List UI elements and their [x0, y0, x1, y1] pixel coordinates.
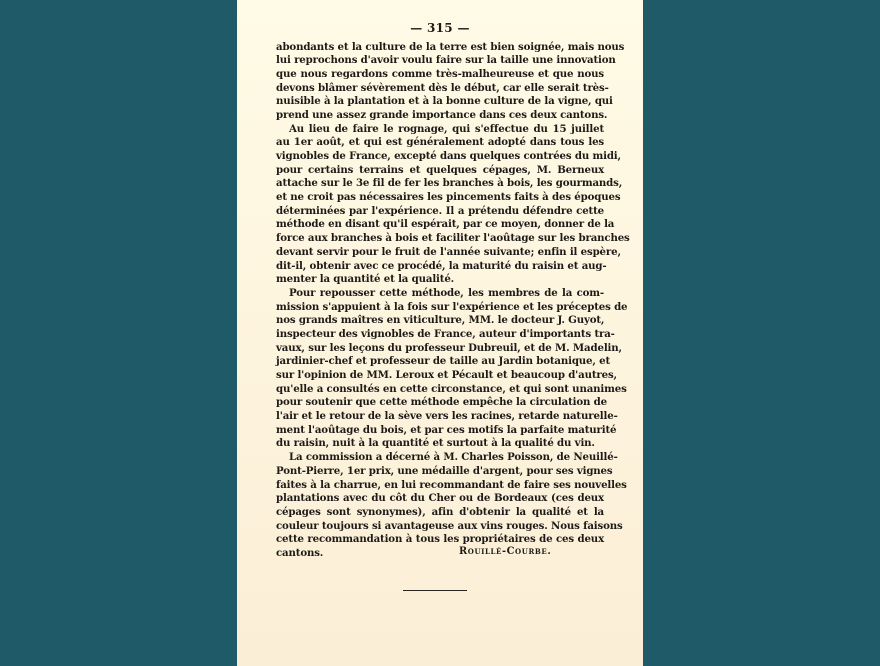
- text-line: vaux, sur les leçons du professeur Dubre…: [276, 342, 604, 356]
- text-line: force aux branches à bois et faciliter l…: [276, 232, 604, 246]
- text-line: Pont-Pierre, 1er prix, une médaille d'ar…: [276, 465, 604, 479]
- text-line: inspecteur des vignobles de France, aute…: [276, 328, 604, 342]
- body-text: abondants et la culture de la terre est …: [276, 41, 604, 561]
- text-line: Au lieu de faire le rognage, qui s'effec…: [276, 123, 604, 137]
- text-line: cépages sont synonymes), afin d'obtenir …: [276, 506, 604, 520]
- text-line: attache sur le 3e fil de fer les branche…: [276, 177, 604, 191]
- text-line: pour soutenir que cette méthode empêche …: [276, 396, 604, 410]
- text-line: plantations avec du côt du Cher ou de Bo…: [276, 492, 604, 506]
- text-line: cette recommandation à tous les propriét…: [276, 533, 604, 547]
- scanned-page: — 315 — abondants et la culture de la te…: [237, 0, 643, 666]
- text-line: prend une assez grande importance dans c…: [276, 109, 604, 123]
- text-line: lui reprochons d'avoir voulu faire sur l…: [276, 54, 604, 68]
- text-line: Pour repousser cette méthode, les membre…: [276, 287, 604, 301]
- text-line: dit-il, obtenir avec ce procédé, la matu…: [276, 260, 604, 274]
- text-line: sur l'opinion de MM. Leroux et Pécault e…: [276, 369, 604, 383]
- text-line: cantons.: [276, 547, 604, 561]
- text-line: qu'elle a consultés en cette circonstanc…: [276, 383, 604, 397]
- document-viewer: — 315 — abondants et la culture de la te…: [0, 0, 880, 666]
- text-line: nos grands maîtres en viticulture, MM. l…: [276, 314, 604, 328]
- text-line: déterminées par l'expérience. Il a préte…: [276, 205, 604, 219]
- page-number: — 315 —: [237, 21, 643, 35]
- section-divider: [403, 590, 467, 591]
- text-line: au 1er août, et qui est généralement ado…: [276, 136, 604, 150]
- paragraph: Pour repousser cette méthode, les membre…: [276, 287, 604, 451]
- text-line: nuisible à la plantation et à la bonne c…: [276, 95, 604, 109]
- paragraph: Au lieu de faire le rognage, qui s'effec…: [276, 123, 604, 287]
- text-line: méthode en disant qu'il espérait, par ce…: [276, 218, 604, 232]
- text-line: que nous regardons comme très-malheureus…: [276, 68, 604, 82]
- text-line: jardinier-chef et professeur de taille a…: [276, 355, 604, 369]
- signature: Rouillé-Courbe.: [459, 546, 551, 557]
- text-line: et ne croit pas nécessaires les pincemen…: [276, 191, 604, 205]
- text-line: mission s'appuient à la fois sur l'expér…: [276, 301, 604, 315]
- text-line: ment l'aoûtage du bois, et par ces motif…: [276, 424, 604, 438]
- text-line: pour certains terrains et quelques cépag…: [276, 164, 604, 178]
- text-line: vignobles de France, excepté dans quelqu…: [276, 150, 604, 164]
- text-line: devant servir pour le fruit de l'année s…: [276, 246, 604, 260]
- text-line: faites à la charrue, en lui recommandant…: [276, 479, 604, 493]
- text-line: menter la quantité et la qualité.: [276, 273, 604, 287]
- text-line: La commission a décerné à M. Charles Poi…: [276, 451, 604, 465]
- text-line: couleur toujours si avantageuse aux vins…: [276, 520, 604, 534]
- text-line: du raisin, nuit à la quantité et surtout…: [276, 437, 604, 451]
- paragraph: La commission a décerné à M. Charles Poi…: [276, 451, 604, 561]
- text-line: l'air et le retour de la sève vers les r…: [276, 410, 604, 424]
- text-line: devons blâmer sévèrement dès le début, c…: [276, 82, 604, 96]
- text-line: abondants et la culture de la terre est …: [276, 41, 604, 55]
- paragraph: abondants et la culture de la terre est …: [276, 41, 604, 123]
